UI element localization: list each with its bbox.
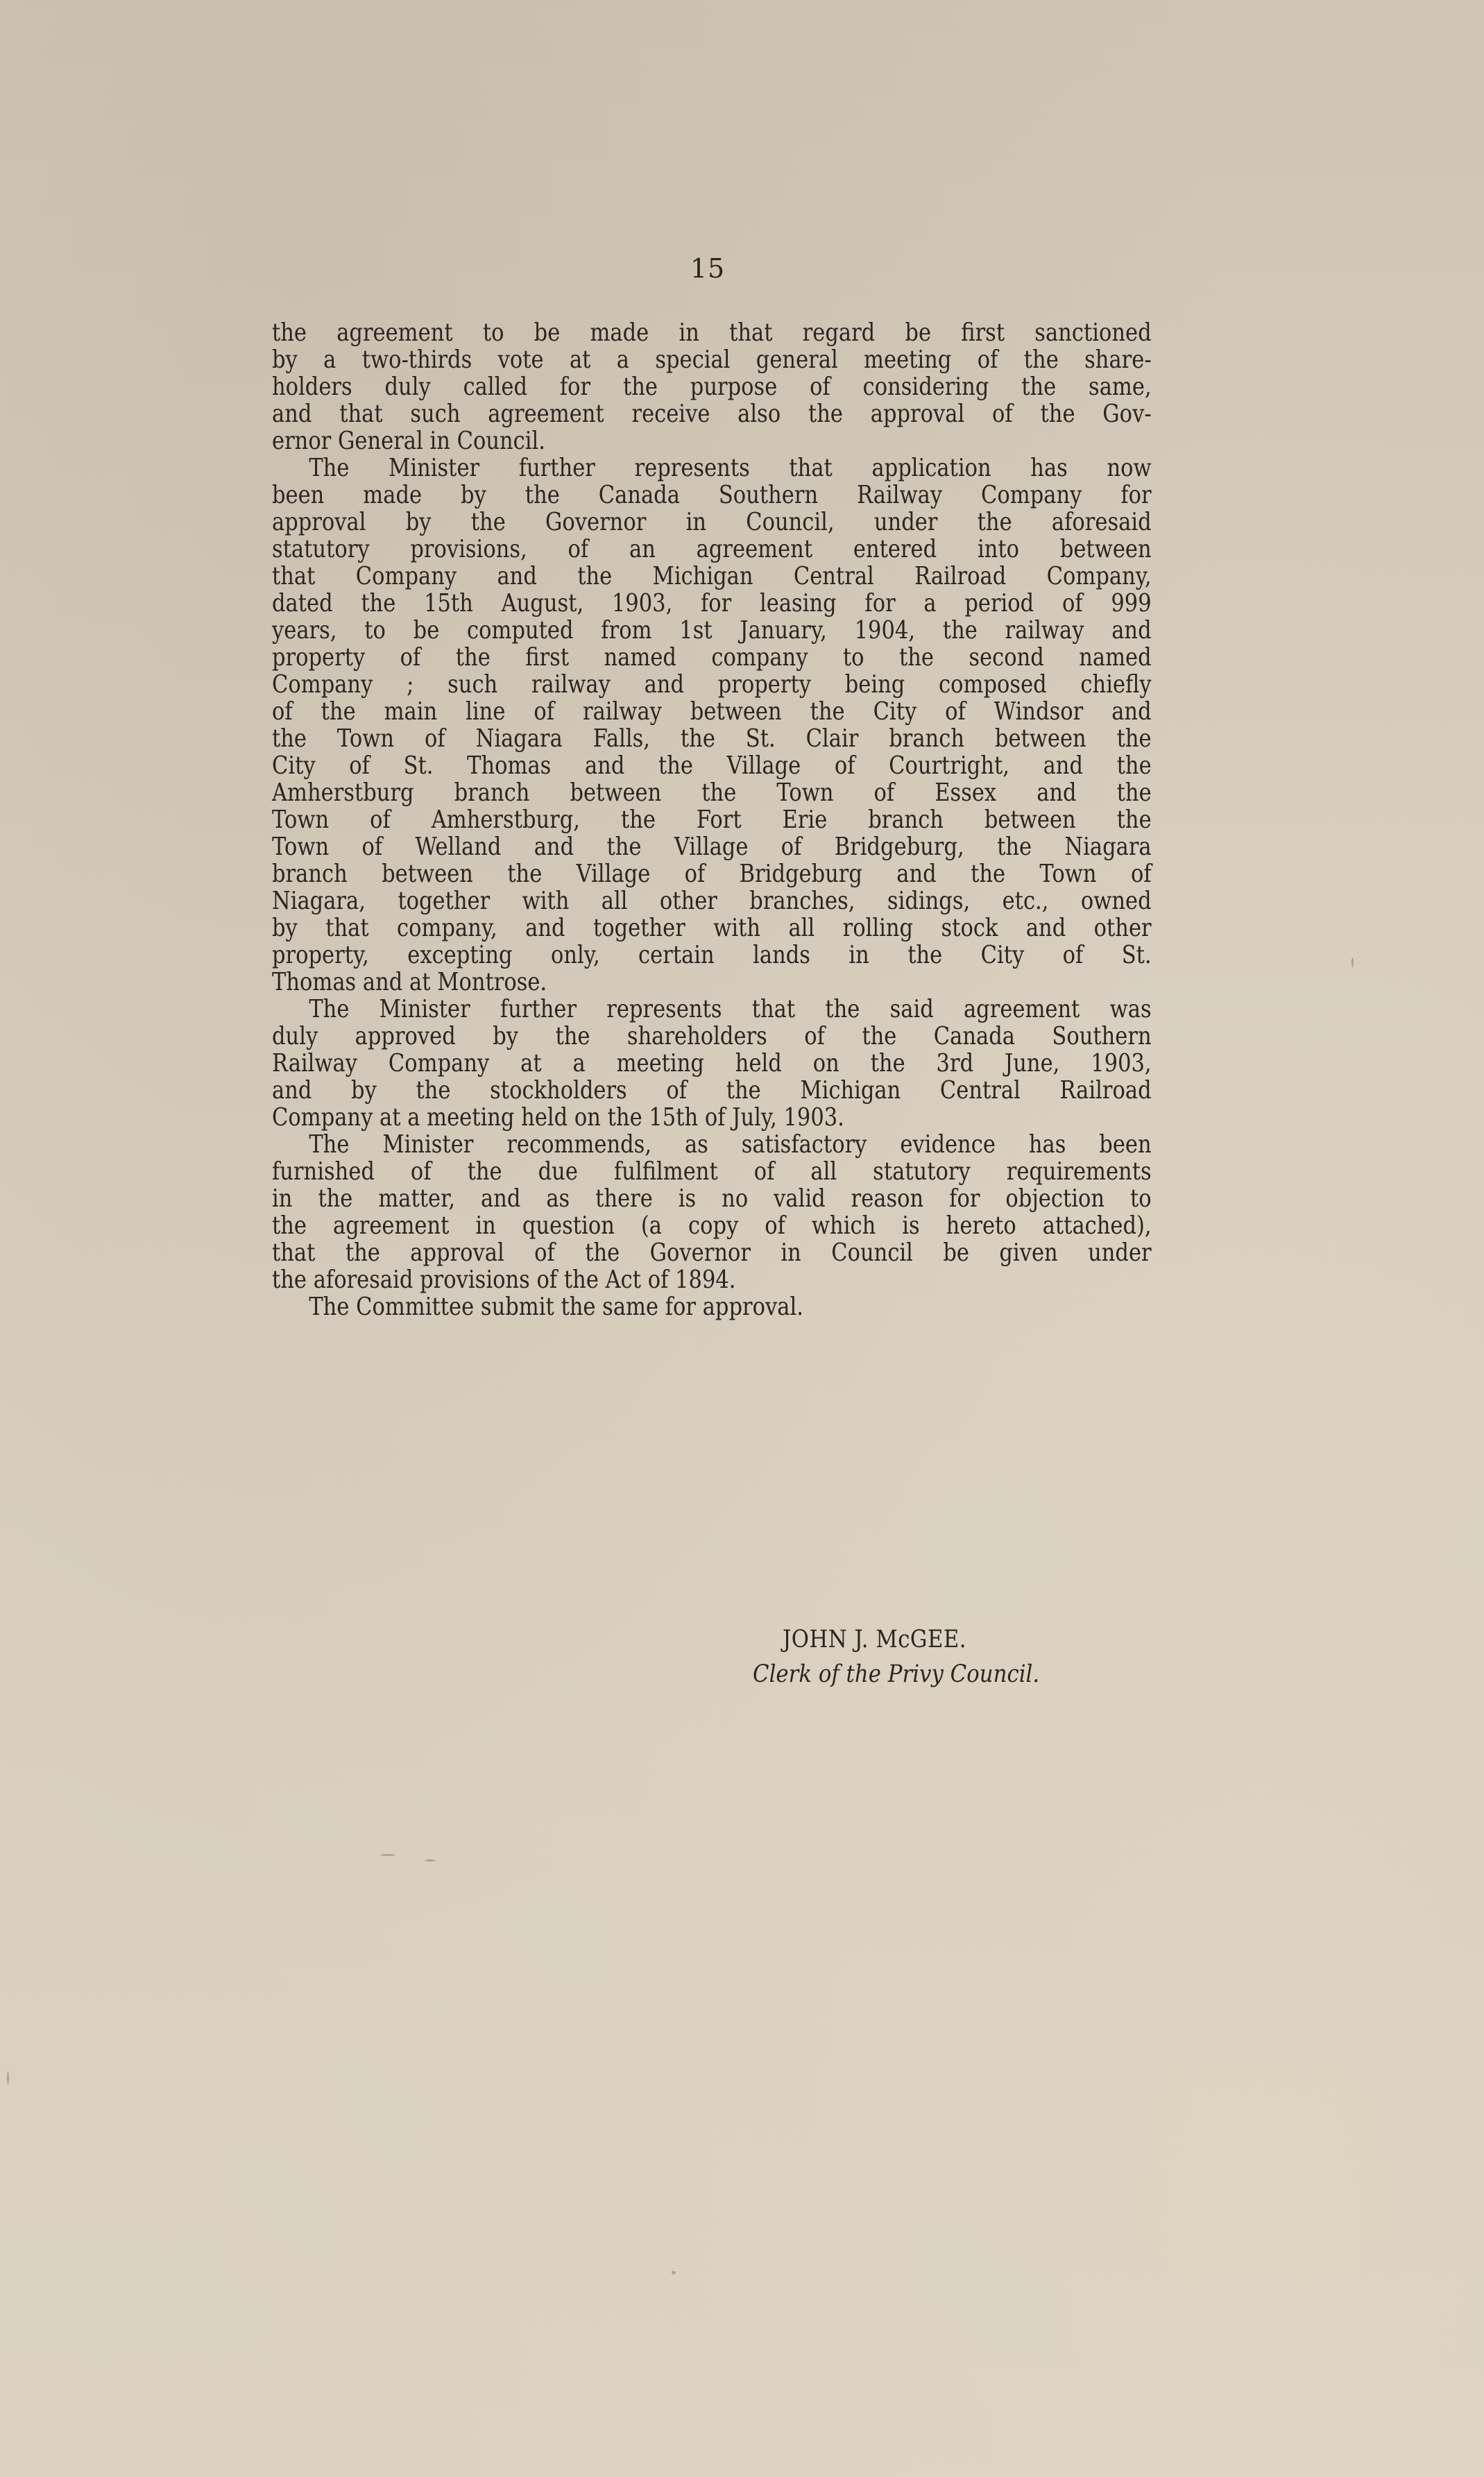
text-line: Amherstburg branch between the Town of E… bbox=[272, 779, 1152, 806]
paragraph-3: The Minister further represents that the… bbox=[272, 996, 1152, 1131]
paper-speck bbox=[672, 2271, 676, 2274]
text-line: Town of Welland and the Village of Bridg… bbox=[272, 833, 1152, 860]
paper-speck bbox=[380, 1854, 395, 1856]
text-line: and by the stockholders of the Michigan … bbox=[272, 1077, 1152, 1104]
text-line: Thomas and at Montrose. bbox=[272, 969, 1152, 996]
text-line: The Committee submit the same for approv… bbox=[272, 1293, 1152, 1320]
text-line: Railway Company at a meeting held on the… bbox=[272, 1050, 1152, 1077]
text-line: duly approved by the shareholders of the… bbox=[272, 1023, 1152, 1050]
text-line: dated the 15th August, 1903, for leasing… bbox=[272, 590, 1152, 617]
text-line: in the matter, and as there is no valid … bbox=[272, 1185, 1152, 1212]
signature-name: JOHN J. McGEE. bbox=[783, 1622, 966, 1657]
text-line: approval by the Governor in Council, und… bbox=[272, 509, 1152, 536]
page-number: 15 bbox=[687, 251, 728, 286]
paragraph-1: the agreement to be made in that regard … bbox=[272, 319, 1152, 454]
text-line: Town of Amherstburg, the Fort Erie branc… bbox=[272, 806, 1152, 833]
text-line: the agreement to be made in that regard … bbox=[272, 319, 1152, 346]
document-page: 15 the agreement to be made in that rega… bbox=[0, 0, 1484, 2477]
text-line: Company at a meeting held on the 15th of… bbox=[272, 1104, 1152, 1131]
text-line: been made by the Canada Southern Railway… bbox=[272, 482, 1152, 509]
text-line: by a two-thirds vote at a special genera… bbox=[272, 346, 1152, 373]
paragraph-5: The Committee submit the same for approv… bbox=[272, 1293, 1152, 1320]
body-text: the agreement to be made in that regard … bbox=[272, 319, 1152, 1320]
text-line: branch between the Village of Bridgeburg… bbox=[272, 860, 1152, 887]
text-line: the Town of Niagara Falls, the St. Clair… bbox=[272, 725, 1152, 752]
text-line: and that such agreement receive also the… bbox=[272, 400, 1152, 427]
text-line: property, excepting only, certain lands … bbox=[272, 942, 1152, 969]
signature-title: Clerk of the Privy Council. bbox=[753, 1657, 1039, 1692]
text-line: ernor General in Council. bbox=[272, 427, 1152, 454]
text-line: that Company and the Michigan Central Ra… bbox=[272, 563, 1152, 590]
text-line: The Minister further represents that app… bbox=[272, 454, 1152, 482]
text-line: Company ; such railway and property bein… bbox=[272, 671, 1152, 698]
text-line: statutory provisions, of an agreement en… bbox=[272, 536, 1152, 563]
paragraph-4: The Minister recommends, as satisfactory… bbox=[272, 1131, 1152, 1293]
text-line: furnished of the due fulfilment of all s… bbox=[272, 1158, 1152, 1185]
text-line: that the approval of the Governor in Cou… bbox=[272, 1239, 1152, 1266]
text-line: The Minister further represents that the… bbox=[272, 996, 1152, 1023]
text-line: holders duly called for the purpose of c… bbox=[272, 373, 1152, 400]
text-line: of the main line of railway between the … bbox=[272, 698, 1152, 725]
text-line: the agreement in question (a copy of whi… bbox=[272, 1212, 1152, 1239]
text-line: years, to be computed from 1st January, … bbox=[272, 617, 1152, 644]
paragraph-2: The Minister further represents that app… bbox=[272, 454, 1152, 996]
text-line: The Minister recommends, as satisfactory… bbox=[272, 1131, 1152, 1158]
text-line: by that company, and together with all r… bbox=[272, 914, 1152, 942]
text-line: Niagara, together with all other branche… bbox=[272, 887, 1152, 914]
text-line: the aforesaid provisions of the Act of 1… bbox=[272, 1266, 1152, 1293]
text-line: property of the first named company to t… bbox=[272, 644, 1152, 671]
paper-speck bbox=[7, 2071, 9, 2085]
paper-speck bbox=[1351, 957, 1354, 967]
paper-speck bbox=[425, 1859, 436, 1862]
text-line: City of St. Thomas and the Village of Co… bbox=[272, 752, 1152, 779]
